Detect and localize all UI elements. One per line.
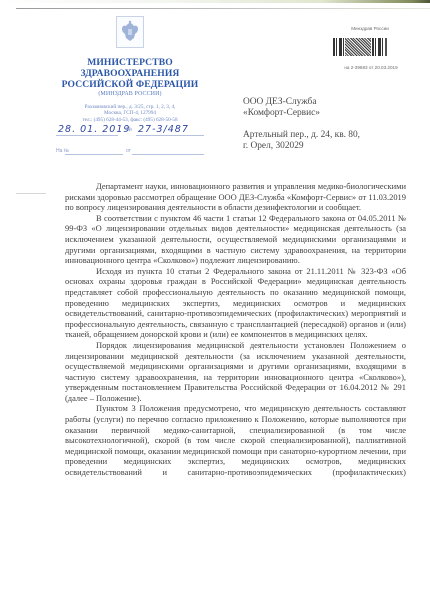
ministry-address: Рахмановский пер., д. 3/25, стр. 1, 2, 3…	[40, 104, 220, 123]
outgoing-date: 28. 01. 2019	[58, 124, 130, 135]
recipient-address-line-2: г. Орел, 302029	[243, 141, 423, 152]
paragraph-5: Пунктом 3 Положения предусмотрено, что м…	[65, 403, 406, 477]
ministry-line-1: МИНИСТЕРСТВО	[40, 57, 220, 68]
ministry-short-name: (МИНЗДРАВ РОССИИ)	[40, 90, 220, 98]
recipient-block: ООО ДЕЗ-Служба «Комфорт-Сервис» Артельны…	[243, 97, 423, 152]
reference-date-line	[132, 154, 204, 155]
letter-body: Департамент науки, инновационного развит…	[65, 181, 406, 478]
registration-organization: Минздрав России	[330, 26, 410, 31]
paragraph-3: Исходя из пункта 10 статьи 2 Федеральног…	[65, 266, 406, 340]
barcode-icon	[333, 38, 391, 56]
outgoing-number: 27-3/487	[138, 124, 189, 135]
recipient-address-line-1: Артельный пер., д. 24, кв. 80,	[243, 130, 423, 141]
paragraph-4: Порядок лицензирования медицинской деяте…	[65, 340, 406, 404]
scan-top-edge	[0, 0, 430, 3]
reference-number-line	[65, 154, 123, 155]
address-line-3: тел.: (495) 628-44-53, факс: (495) 628-5…	[40, 117, 220, 123]
ministry-line-3: РОССИЙСКОЙ ФЕДЕРАЦИИ	[40, 79, 220, 90]
ministry-name: МИНИСТЕРСТВО ЗДРАВООХРАНЕНИЯ РОССИЙСКОЙ …	[40, 57, 220, 98]
fold-mark	[16, 193, 46, 194]
coat-of-arms-icon	[116, 16, 144, 48]
registration-number: на 2-39683 от 20.03.2019	[326, 65, 416, 70]
paragraph-1: Департамент науки, инновационного развит…	[65, 181, 406, 213]
recipient-name-line-1: ООО ДЕЗ-Служба	[243, 97, 423, 108]
reference-from-label: от	[126, 148, 131, 154]
reference-row: На № от	[56, 148, 206, 156]
eagle-emblem-icon	[120, 20, 140, 44]
outgoing-date-number: 28. 01. 2019 № 27-3/487	[56, 124, 206, 136]
page-top-border	[16, 8, 430, 9]
number-underline	[136, 135, 204, 136]
ministry-line-2: ЗДРАВООХРАНЕНИЯ	[40, 68, 220, 79]
number-label: №	[126, 126, 132, 133]
date-underline	[56, 135, 118, 136]
recipient-name-line-2: «Комфорт-Сервис»	[243, 108, 423, 119]
paragraph-2: В соответствии с пунктом 46 части 1 стат…	[65, 213, 406, 266]
